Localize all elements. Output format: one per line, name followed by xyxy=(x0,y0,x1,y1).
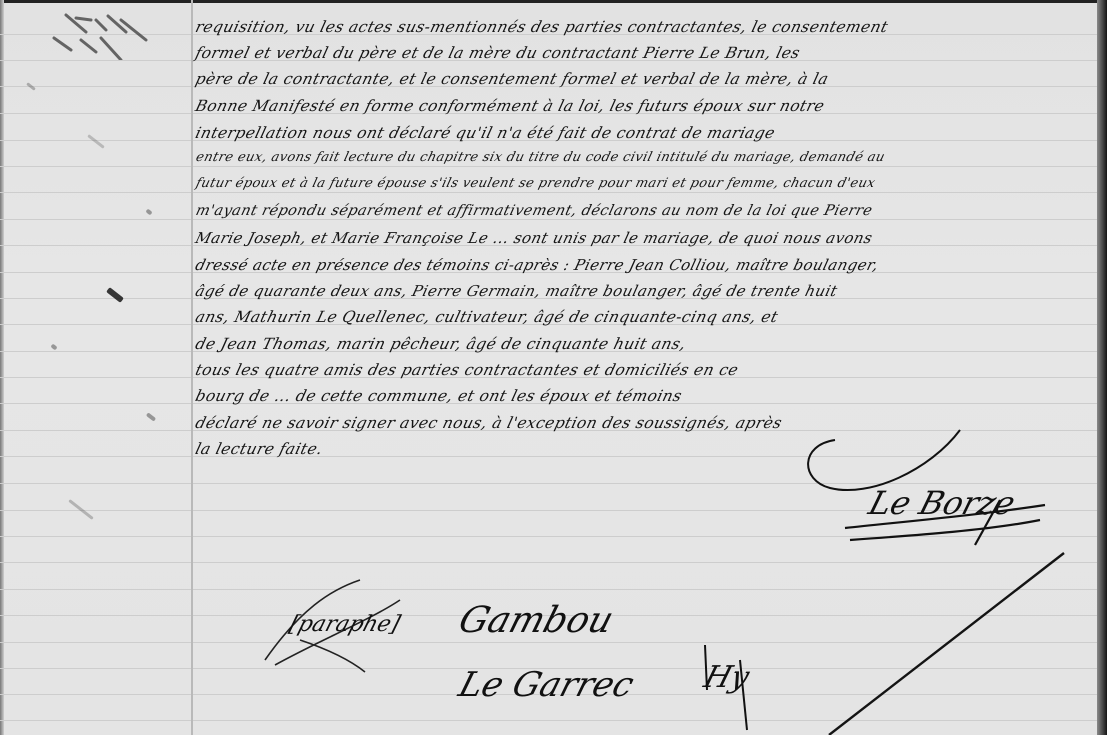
cancellation-line xyxy=(829,553,1064,735)
signature-witness-gambou: Gambou xyxy=(454,600,618,641)
signature-officer: Le Borze xyxy=(865,484,1020,522)
flourish-loop xyxy=(808,430,960,490)
register-page: [illegible marginal note] requisition, v… xyxy=(0,0,1107,735)
signature-witness-paraphe: [paraphe] xyxy=(286,612,402,637)
signature-witness-le-garrec: Le Garrec xyxy=(454,665,638,705)
